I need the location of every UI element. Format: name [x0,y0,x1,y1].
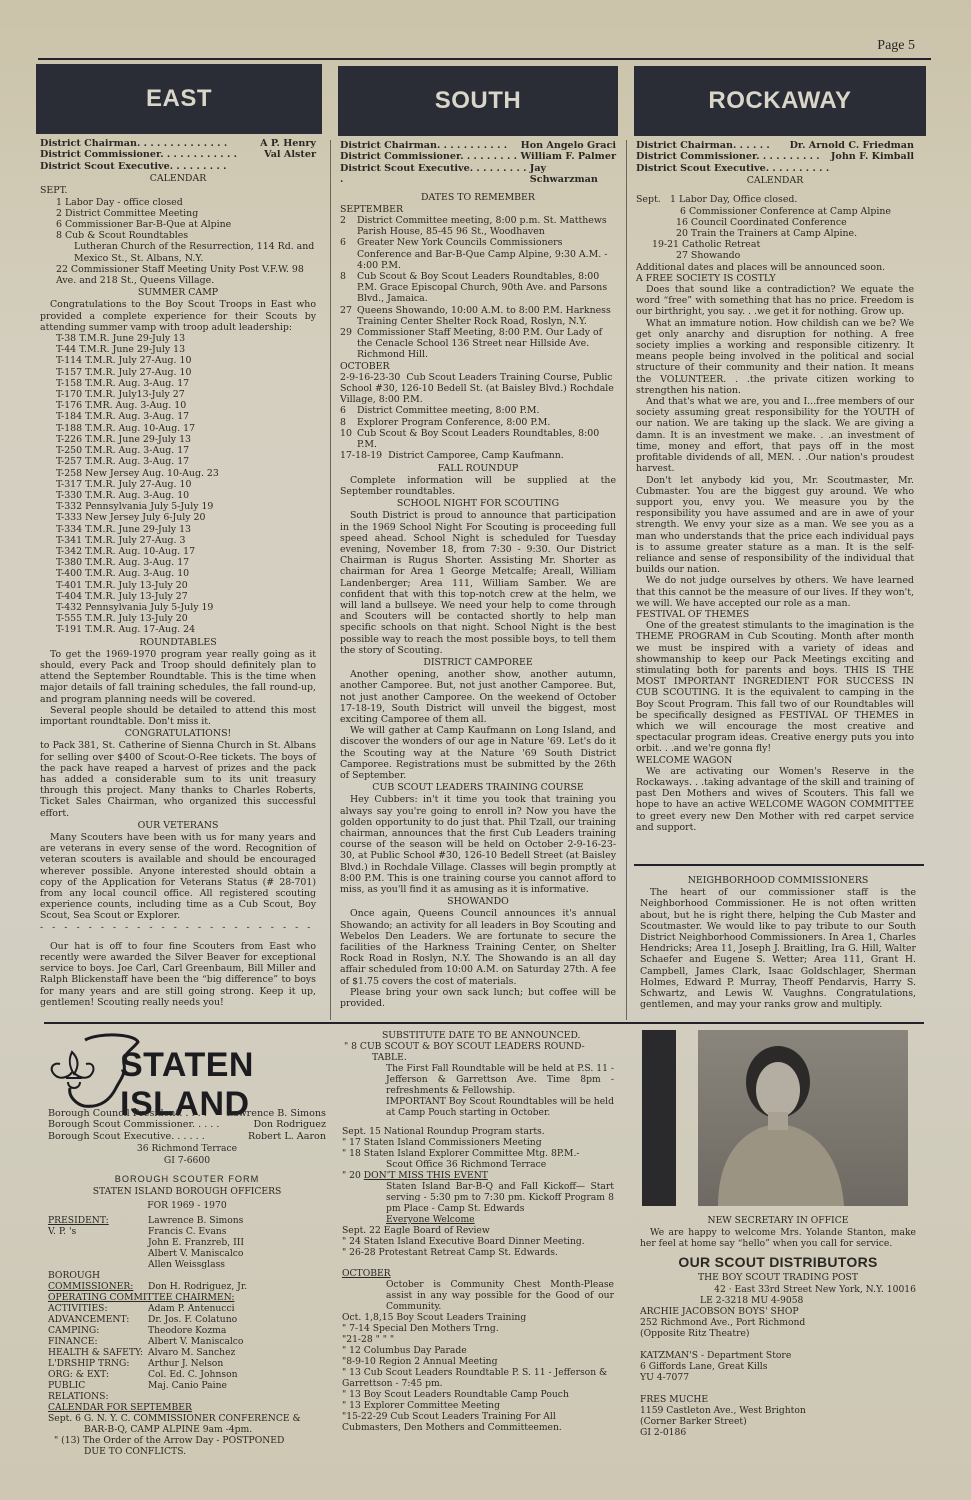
dont-miss-event: DON'T MISS THIS EVENT [364,1170,488,1181]
festival-text: One of the greatest stimulants to the im… [636,620,914,754]
east-banner: EAST [36,64,322,134]
section-rule [44,1022,924,1024]
free-society-text: Don't let anybody kid you, Mr. Scoutmast… [636,475,914,576]
school-night-heading: SCHOOL NIGHT FOR SCOUTING [340,498,616,509]
staten-island-middle: SUBSTITUTE DATE TO BE ANNOUNCED. " 8 CUB… [342,1030,614,1433]
south-officers: District Chairman. . . . . . . . . . .Ho… [340,140,616,186]
additional-note: Additional dates and places will be anno… [636,262,914,273]
top-rule [38,58,931,60]
veterans-text: Many Scouters have been with us for many… [40,832,316,922]
south-banner: SOUTH [338,66,618,136]
staten-island-left: Borough Council President. . . . .Lawren… [48,1108,326,1457]
calendar-heading: CALENDAR [636,175,914,186]
rockaway-column: District Chairman. . . . . .Dr. Arnold C… [636,140,914,833]
distributor-item: THE BOY SCOUT TRADING POST 42 · East 33r… [640,1272,916,1306]
distributors-heading: OUR SCOUT DISTRIBUTORS [640,1257,916,1268]
fall-roundup-heading: FALL ROUNDUP [340,463,616,474]
september-label: SEPTEMBER [340,204,616,215]
fall-roundup-text: Complete information will be supplied at… [340,475,616,497]
south-column: District Chairman. . . . . . . . . . .Ho… [340,140,616,1009]
roundtables-heading: ROUNDTABLES [40,637,316,648]
showando-text: Please bring your own sack lunch; but co… [340,987,616,1009]
free-society-text: What an immature notion. How childish ca… [636,318,914,396]
summer-camp-heading: SUMMER CAMP [40,287,316,298]
south-title: SOUTH [435,87,522,115]
secretary-photo [698,1030,908,1206]
staten-island-header: STATEN ISLAND [40,1030,330,1110]
borough-officers: Borough Council President. . . . .Lawren… [48,1108,326,1142]
month-label: SEPT. [40,185,316,196]
roundtables-text: Several people should be detailed to att… [40,705,316,727]
october-label: OCTOBER [340,361,616,372]
camporee-text: We will gather at Camp Kaufmann on Long … [340,725,616,781]
camporee-heading: DISTRICT CAMPOREE [340,657,616,668]
training-text: Hey Cubbers: in't it time you took that … [340,794,616,895]
dates-heading: DATES TO REMEMBER [340,192,616,203]
dashed-divider: - - - - - - - - - - - - - - - - - - - - … [40,922,316,933]
section-rule [634,864,924,866]
camporee-text: Another opening, another show, another a… [340,669,616,725]
column-divider [626,140,627,1020]
op-committee-heading: OPERATING COMMITTEE CHAIRMEN: [48,1292,326,1303]
october-heading: OCTOBER [342,1268,614,1279]
staten-island-right: NEW SECRETARY IN OFFICE We are happy to … [640,1214,916,1438]
distributor-item: FRES MUCHE 1159 Castleton Ave., West Bri… [640,1394,916,1438]
distributor-item: ARCHIE JACOBSON BOYS' SHOP 252 Richmond … [640,1306,916,1339]
column-divider [330,140,331,1020]
office-address: 36 Richmond Terrace [48,1143,326,1154]
office-phone: GI 7-6600 [48,1155,326,1166]
form-year: FOR 1969 - 1970 [48,1200,326,1211]
east-officers: District Chairman. . . . . . . . . . . .… [40,138,316,172]
free-society-heading: A FREE SOCIETY IS COSTLY [636,273,914,284]
rockaway-calendar: Sept. 1 Labor Day, Office closed. 6 Comm… [636,194,914,261]
showando-text: Once again, Queens Council announces it'… [340,908,616,986]
secretary-heading: NEW SECRETARY IN OFFICE [640,1215,916,1226]
free-society-text: And that's what we are, you and I...free… [636,396,914,474]
showando-heading: SHOWANDO [340,896,616,907]
chairmen-list: ACTIVITIES:Adam P. Antenucci ADVANCEMENT… [48,1303,326,1402]
rockaway-officers: District Chairman. . . . . .Dr. Arnold C… [636,140,914,174]
calendar-heading: CALENDAR [40,173,316,184]
festival-heading: FESTIVAL OF THEMES [636,609,914,620]
neighborhood-text: The heart of our commissioner staff is t… [640,887,916,1010]
school-night-text: South District is proud to announce that… [340,510,616,656]
congrats-text: to Pack 381, St. Catherine of Sienna Chu… [40,740,316,818]
summer-camp-intro: Congratulations to the Boy Scout Troops … [40,299,316,333]
photo-dark-edge [642,1030,676,1206]
neighborhood-heading: NEIGHBORHOOD COMMISSIONERS [640,875,916,886]
distributor-item: KATZMAN'S - Department Store 6 Giffords … [640,1350,916,1383]
free-society-text: We do not judge ourselves by others. We … [636,575,914,609]
form-heading: BOROUGH SCOUTER FORM [48,1174,326,1185]
free-society-text: Does that sound like a contradiction? We… [636,284,914,318]
rockaway-title: ROCKAWAY [708,87,851,115]
rockaway-banner: ROCKAWAY [634,66,926,136]
neighborhood-section: NEIGHBORHOOD COMMISSIONERS The heart of … [640,874,916,1010]
south-october-list: 2-9-16-23-30 Cub Scout Leaders Training … [340,372,616,462]
east-column: District Chairman. . . . . . . . . . . .… [40,138,316,1008]
welcome-wagon-text: We are activating our Women's Reserve in… [636,766,914,833]
veterans-heading: OUR VETERANS [40,820,316,831]
page-number: Page 5 [877,38,915,54]
congrats-heading: CONGRATULATIONS! [40,728,316,739]
troop-list: T-38 T.M.R. June 29-July 13T-44 T.M.R. J… [40,333,316,635]
training-heading: CUB SCOUT LEADERS TRAINING COURSE [340,782,616,793]
east-calendar: 1 Labor Day - office closed 2 District C… [40,197,316,287]
portrait-icon [698,1030,908,1206]
south-september-list: 2 District Committee meeting, 8:00 p.m. … [340,215,616,361]
east-title: EAST [146,85,212,113]
roundtables-text: To get the 1969-1970 program year really… [40,649,316,705]
form-subheading: STATEN ISLAND BOROUGH OFFICERS [48,1186,326,1197]
welcome-wagon-heading: WELCOME WAGON [636,755,914,766]
silver-beaver-text: Our hat is off to four fine Scouters fro… [40,941,316,1008]
september-calendar-heading: CALENDAR FOR SEPTEMBER [48,1402,326,1413]
secretary-text: We are happy to welcome Mrs. Yolande Sta… [640,1227,916,1249]
